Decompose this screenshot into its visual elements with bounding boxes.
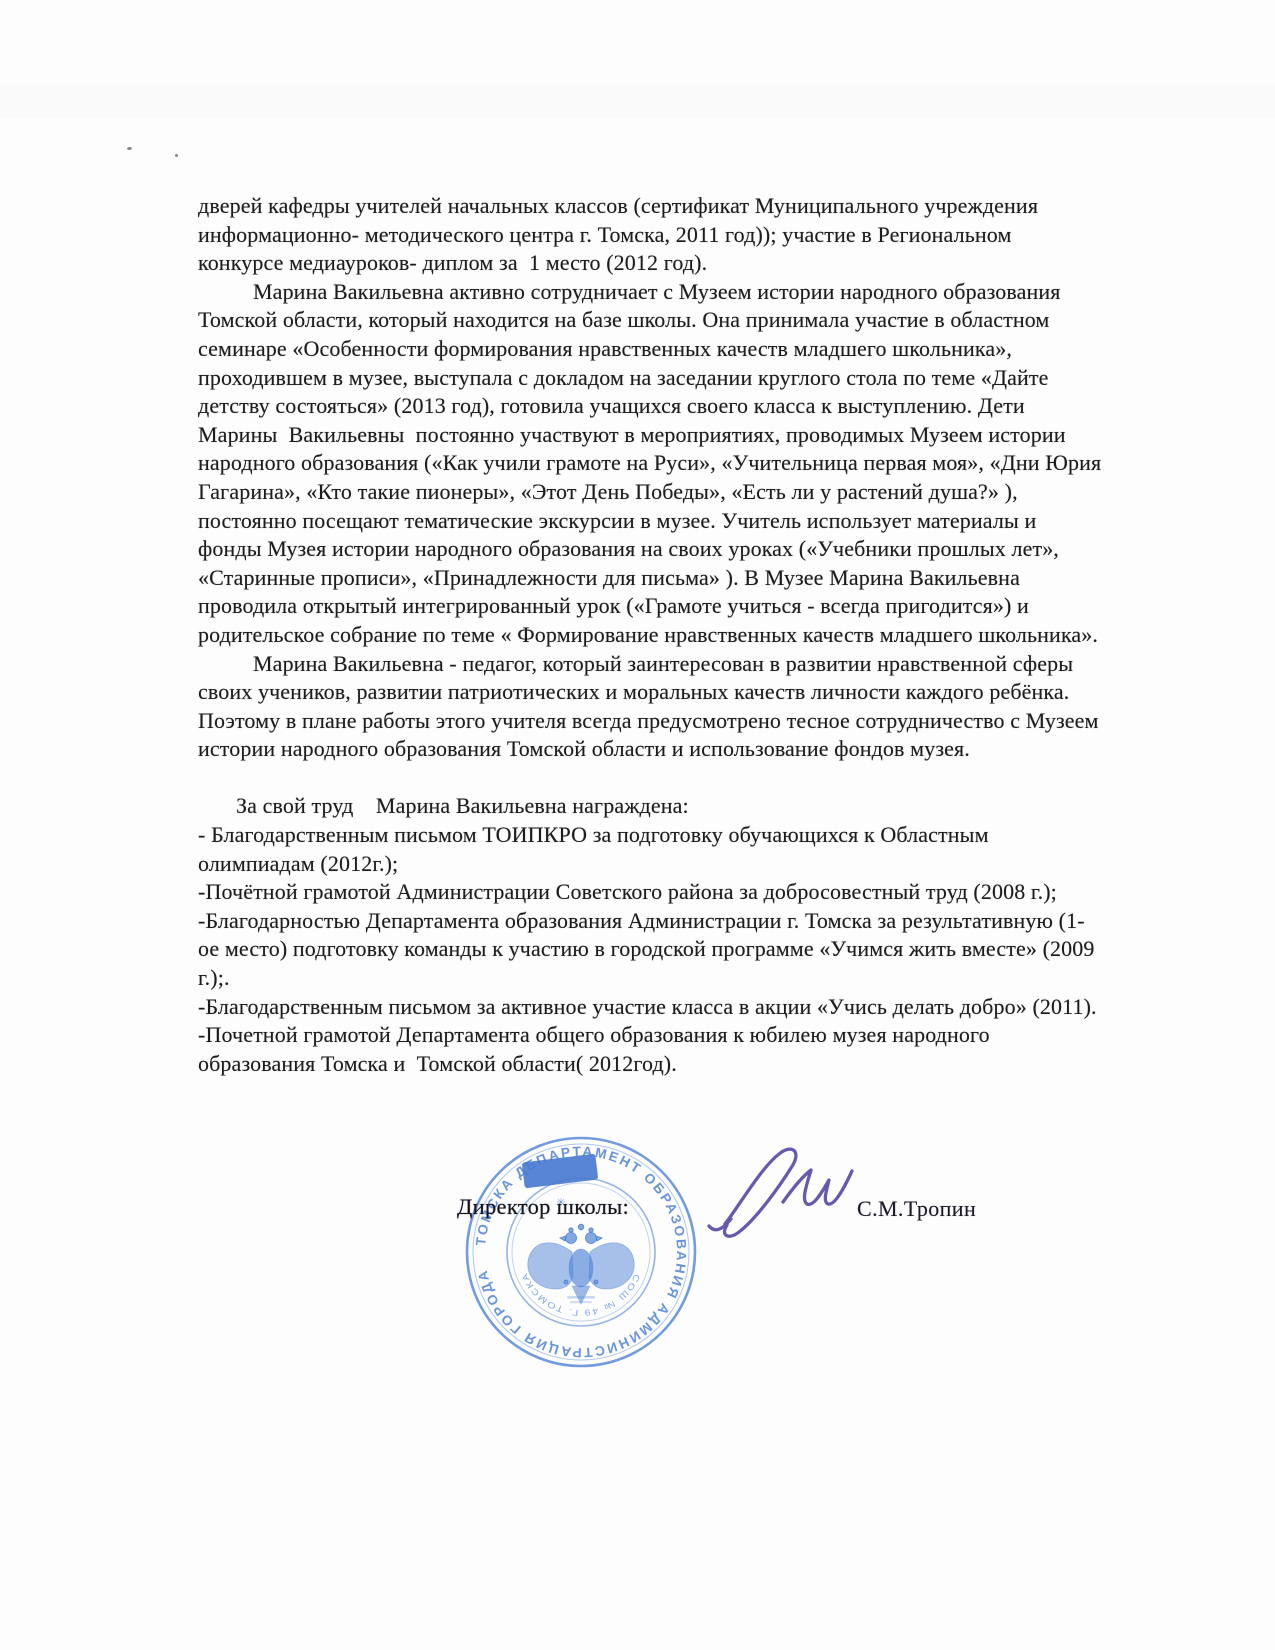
scan-speck — [127, 147, 132, 150]
signature-image — [695, 1140, 865, 1250]
text-line: -Благодарностью Департамента образования… — [198, 907, 1210, 936]
text-line: Марины Вакильевны постоянно участвуют в … — [198, 421, 1210, 450]
text-line: ое место) подготовку команды к участию в… — [198, 935, 1210, 964]
scan-artifact-band — [0, 84, 1275, 118]
text-line: олимпиадам (2012г.); — [198, 850, 1210, 879]
school-stamp-icon: ТОМСКА ДЕПАРТАМЕНТ ОБРАЗОВАНИЯ АДМИНИСТР… — [451, 1122, 711, 1382]
text-line: Поэтому в плане работы этого учителя все… — [198, 707, 1210, 736]
text-line: информационно- методического центра г. Т… — [198, 221, 1210, 250]
director-label: Директор школы: — [457, 1194, 629, 1220]
text-line: народного образования («Как учили грамот… — [198, 449, 1210, 478]
text-line — [198, 764, 1210, 793]
text-line: проводила открытый интегрированный урок … — [198, 592, 1210, 621]
scanned-document-page: дверей кафедры учителей начальных классо… — [0, 0, 1275, 1650]
text-line: своих учеников, развитии патриотических … — [198, 678, 1210, 707]
double-headed-eagle-icon — [528, 1224, 634, 1304]
text-line: проходившем в музее, выступала с докладо… — [198, 364, 1210, 393]
text-line: «Старинные прописи», «Принадлежности для… — [198, 564, 1210, 593]
text-line: конкурсе медиауроков- диплом за 1 место … — [198, 249, 1210, 278]
text-line: -Почётной грамотой Администрации Советск… — [198, 878, 1210, 907]
text-line: детству состояться» (2013 год), готовила… — [198, 392, 1210, 421]
text-line: Марина Вакильевна активно сотрудничает с… — [198, 278, 1210, 307]
text-line: истории народного образования Томской об… — [198, 735, 1210, 764]
text-line: фонды Музея истории народного образовани… — [198, 535, 1210, 564]
text-line: - Благодарственным письмом ТОИПКРО за по… — [198, 821, 1210, 850]
text-line: постоянно посещают тематические экскурси… — [198, 507, 1210, 536]
text-line: -Благодарственным письмом за активное уч… — [198, 993, 1210, 1022]
text-line: г.);. — [198, 964, 1210, 993]
text-line: дверей кафедры учителей начальных классо… — [198, 192, 1210, 221]
document-text: дверей кафедры учителей начальных классо… — [198, 192, 1210, 1078]
text-line: Гагарина», «Кто такие пионеры», «Этот Де… — [198, 478, 1210, 507]
text-line: родительское собрание по теме « Формиров… — [198, 621, 1210, 650]
text-line: образования Томска и Томской области( 20… — [198, 1050, 1210, 1079]
text-line: семинаре «Особенности формирования нравс… — [198, 335, 1210, 364]
text-line: Томской области, который находится на ба… — [198, 306, 1210, 335]
text-line: Марина Вакильевна - педагог, который заи… — [198, 650, 1210, 679]
director-name: С.М.Тропин — [857, 1196, 976, 1222]
text-line: -Почетной грамотой Департамента общего о… — [198, 1021, 1210, 1050]
scan-speck — [175, 154, 178, 157]
text-line: За свой труд Марина Вакильевна награжден… — [198, 792, 1210, 821]
